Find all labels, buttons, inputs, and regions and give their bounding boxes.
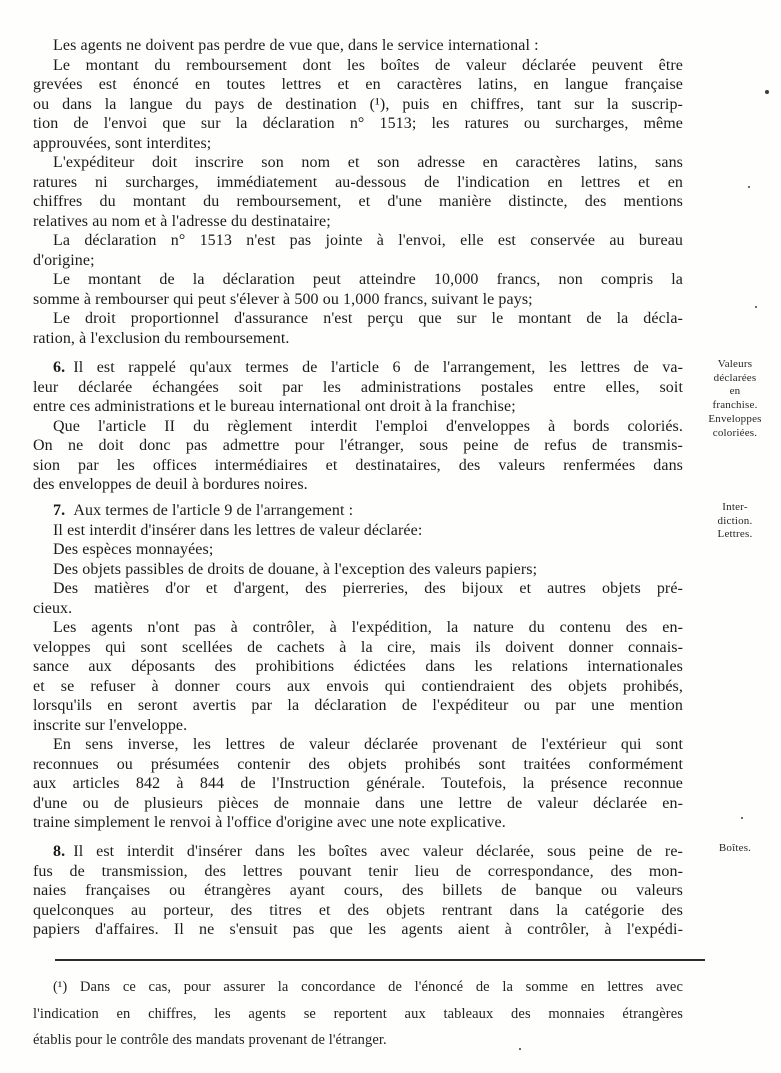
margin-note-line: diction.: [692, 515, 778, 529]
margin-note-line: déclarées: [692, 372, 778, 386]
text-line: papiers d'affaires. Il ne s'ensuit pas q…: [33, 920, 683, 940]
text-line: d'une ou de plusieurs pièces de monnaie …: [33, 794, 683, 814]
text-line: relatives au nom et à l'adresse du desti…: [33, 212, 683, 232]
text-line: grevées est énoncé en toutes lettres et …: [33, 75, 683, 95]
text-line: somme à rembourser qui peut s'élever à 5…: [33, 290, 683, 310]
section-8: 8. Il est interdit d'insérer dans les bo…: [33, 842, 683, 940]
text-line: Le montant du remboursement dont les boî…: [33, 56, 683, 76]
text-line: aux articles 842 à 844 de l'Instruction …: [33, 774, 683, 794]
note-valeurs-declarees: Valeursdéclaréesenfranchise.: [692, 358, 778, 412]
text-line: Les agents n'ont pas à contrôler, à l'ex…: [33, 618, 683, 638]
text-line: établis pour le contrôle des mandats pro…: [33, 1027, 683, 1054]
text-line: En sens inverse, les lettres de valeur d…: [33, 735, 683, 755]
margin-note-line: en: [692, 385, 778, 399]
text-line: Le montant de la déclaration peut attein…: [33, 270, 683, 290]
text-line: naies françaises ou étrangères ayant cou…: [33, 881, 683, 901]
text-line: La déclaration n° 1513 n'est pas jointe …: [33, 231, 683, 251]
section-6: 6. Il est rappelé qu'aux termes de l'art…: [33, 358, 683, 495]
intro-block: Les agents ne doivent pas perdre de vue …: [33, 36, 683, 348]
text-line: ration, à l'exclusion du remboursement.: [33, 329, 683, 349]
scan-speck: [748, 186, 750, 188]
text-line: tion de l'envoi que sur la déclaration n…: [33, 114, 683, 134]
section-number: 7.: [53, 502, 73, 519]
text-line: 8. Il est interdit d'insérer dans les bo…: [33, 842, 683, 862]
text-line: ratures ni surcharges, immédiatement au-…: [33, 173, 683, 193]
text-line: On ne doit donc pas admettre pour l'étra…: [33, 436, 683, 456]
margin-note-line: franchise.: [692, 399, 778, 413]
text-line: L'expéditeur doit inscrire son nom et so…: [33, 153, 683, 173]
scan-speck: [741, 817, 743, 819]
margin-note-line: Valeurs: [692, 358, 778, 372]
section-7: 7. Aux termes de l'article 9 de l'arrang…: [33, 501, 683, 833]
text-line: sion par les offices intermédiaires et d…: [33, 456, 683, 476]
section-number: 6.: [53, 359, 73, 376]
text-line: inscrite sur l'enveloppe.: [33, 716, 683, 736]
scan-speck: [755, 306, 757, 308]
text-line: veloppes qui sont scellées de cachets à …: [33, 638, 683, 658]
text-line: Des espèces monnayées;: [33, 540, 683, 560]
text-line: approuvées, sont interdites;: [33, 134, 683, 154]
note-enveloppes-coloriees: Enveloppescoloriées.: [692, 413, 778, 440]
text-line: Le droit proportionnel d'assurance n'est…: [33, 309, 683, 329]
footnote-block: (¹) Dans ce cas, pour assurer la concord…: [33, 974, 683, 1054]
text-line: et se refuser à donner cours aux envois …: [33, 677, 683, 697]
text-line: 7. Aux termes de l'article 9 de l'arrang…: [33, 501, 683, 521]
text-line: reconnues ou présumées contenir des obje…: [33, 755, 683, 775]
margin-note-line: Enveloppes: [692, 413, 778, 427]
text-line: traine simplement le renvoi à l'office d…: [33, 813, 683, 833]
text-line: des enveloppes de deuil à bordures noire…: [33, 475, 683, 495]
text-line: 6. Il est rappelé qu'aux termes de l'art…: [33, 358, 683, 378]
margin-note-line: Lettres.: [692, 528, 778, 542]
margin-note-line: Inter-: [692, 501, 778, 515]
text-line: lorsqu'ils en seront avertis par la décl…: [33, 696, 683, 716]
text-line: Des matières d'or et d'argent, des pierr…: [33, 579, 683, 599]
scan-speck: [765, 90, 769, 94]
text-line: leur déclarée échangées soit par les adm…: [33, 378, 683, 398]
text-line: (¹) Dans ce cas, pour assurer la concord…: [33, 974, 683, 1001]
text-line: fus de transmission, des lettres pouvant…: [33, 862, 683, 882]
note-boites: Boîtes.: [692, 842, 778, 856]
footnote-separator-rule: [55, 959, 705, 961]
scanned-page: Les agents ne doivent pas perdre de vue …: [0, 0, 781, 1073]
text-line: cieux.: [33, 599, 683, 619]
text-line: l'indication en chiffres, les agents se …: [33, 1001, 683, 1028]
margin-note-line: Boîtes.: [692, 842, 778, 856]
text-line: chiffres du montant du remboursement, et…: [33, 192, 683, 212]
text-line: Il est interdit d'insérer dans les lettr…: [33, 521, 683, 541]
text-line: Des objets passibles de droits de douane…: [33, 560, 683, 580]
text-line: Les agents ne doivent pas perdre de vue …: [33, 36, 683, 56]
section-number: 8.: [53, 843, 73, 860]
text-line: entre ces administrations et le bureau i…: [33, 397, 683, 417]
text-line: sance aux déposants des prohibitions édi…: [33, 657, 683, 677]
margin-note-line: coloriées.: [692, 427, 778, 441]
note-interdiction-lettres: Inter-diction.Lettres.: [692, 501, 778, 542]
text-line: quelconques au porteur, des titres et de…: [33, 901, 683, 921]
text-line: d'origine;: [33, 251, 683, 271]
text-line: ou dans la langue du pays de destination…: [33, 95, 683, 115]
text-line: Que l'article II du règlement interdit l…: [33, 417, 683, 437]
